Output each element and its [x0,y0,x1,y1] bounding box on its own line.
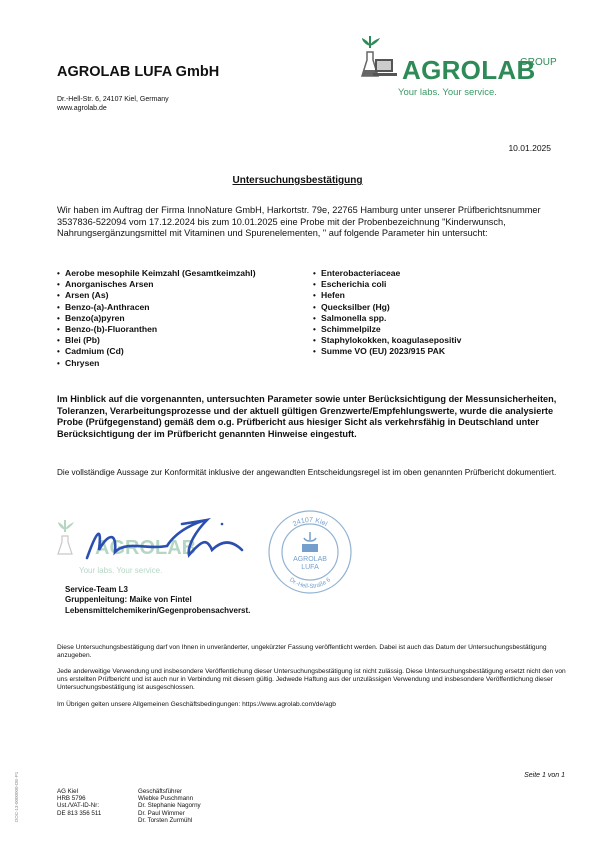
faded-logo-watermark: AGROLAB Your labs. Your service. [57,510,277,585]
company-name: AGROLAB LUFA GmbH [57,64,219,80]
svg-text:Dr.-Hell-Straße 6: Dr.-Hell-Straße 6 [288,577,333,590]
footer-line: Dr. Torsten Zurmühl [138,817,201,824]
signatory-lead: Gruppenleitung: Maike von Fintel [65,595,250,605]
logo-group-label: GROUP [520,57,557,68]
footer-line: AG Kiel [57,788,101,795]
svg-text:LUFA: LUFA [301,564,319,571]
signatory-role: Lebensmittelchemikerin/Gegenprobensachve… [65,606,250,616]
agrolab-logo: AGROLAB GROUP Your labs. Your service. [360,32,570,102]
parameter-item: Blei (Pb) [57,335,256,346]
conformity-note: Die vollständige Aussage zur Konformität… [57,468,572,479]
logo-slogan: Your labs. Your service. [398,87,497,98]
parameter-item: Chrysen [57,358,256,369]
footer-line: Ust./VAT-ID-Nr: [57,802,101,809]
parameter-item: Hefen [313,290,461,301]
parameter-item: Cadmium (Cd) [57,346,256,357]
parameter-item: Enterobacteriaceae [313,268,461,279]
official-stamp: 24107 Kiel Dr.-Hell-Straße 6 AGROLAB LUF… [266,508,354,596]
parameter-item: Benzo-(a)-Anthracen [57,302,256,313]
footer-management: GeschäftsführerWiebke PuschmannDr. Steph… [138,788,201,824]
address-line: Dr.-Hell-Str. 6, 24107 Kiel, Germany [57,96,169,105]
footer-line: HRB 5796 [57,795,101,802]
footer-line: DE 813 356 511 [57,810,101,817]
flask-plant-icon [360,32,404,82]
footer-line: Dr. Stephanie Nagorny [138,802,201,809]
parameter-item: Anorganisches Arsen [57,279,256,290]
parameter-item: Aerobe mesophile Keimzahl (Gesamtkeimzah… [57,268,256,279]
document-code: DOC-13-0000000-DE-P1 [14,772,19,822]
document-title: Untersuchungsbestätigung [0,175,595,186]
document-date: 10.01.2025 [508,143,551,153]
logo-wordmark: AGROLAB [402,55,536,86]
disclaimer-publication: Diese Untersuchungsbestätigung darf von … [57,644,572,660]
signatory-block: Service-Team L3 Gruppenleitung: Maike vo… [65,585,250,616]
svg-text:24107 Kiel: 24107 Kiel [292,517,329,528]
parameter-list-right: EnterobacteriaceaeEscherichia coliHefenQ… [313,268,461,358]
verdict-paragraph: Im Hinblick auf die vorgenannten, unters… [57,394,572,440]
footer-line: Dr. Paul Wimmer [138,810,201,817]
signatory-team: Service-Team L3 [65,585,250,595]
disclaimer-terms: Im Übrigen gelten unsere Allgemeinen Ges… [57,701,572,709]
parameter-list-left: Aerobe mesophile Keimzahl (Gesamtkeimzah… [57,268,256,369]
svg-text:AGROLAB: AGROLAB [95,537,196,559]
footer-registry: AG KielHRB 5796Ust./VAT-ID-Nr:DE 813 356… [57,788,101,817]
parameter-item: Salmonella spp. [313,313,461,324]
footer-line: Geschäftsführer [138,788,201,795]
disclaimer-usage: Jede anderweitige Verwendung und insbeso… [57,668,572,693]
parameter-item: Quecksilber (Hg) [313,302,461,313]
signature-area: AGROLAB Your labs. Your service. [57,510,277,585]
website-link[interactable]: www.agrolab.de [57,105,169,114]
parameter-item: Escherichia coli [313,279,461,290]
parameter-item: Benzo-(b)-Fluoranthen [57,324,256,335]
footer-line: Wiebke Puschmann [138,795,201,802]
company-address: Dr.-Hell-Str. 6, 24107 Kiel, Germany www… [57,96,169,113]
parameter-item: Benzo(a)pyren [57,313,256,324]
intro-paragraph: Wir haben im Auftrag der Firma InnoNatur… [57,205,567,240]
parameter-item: Arsen (As) [57,290,256,301]
svg-text:Your labs. Your service.: Your labs. Your service. [79,566,162,575]
parameter-item: Staphylokokken, koagulasepositiv [313,335,461,346]
page-number: Seite 1 von 1 [524,772,565,779]
parameter-item: Schimmelpilze [313,324,461,335]
svg-text:AGROLAB: AGROLAB [293,556,327,563]
parameter-item: Summe VO (EU) 2023/915 PAK [313,346,461,357]
